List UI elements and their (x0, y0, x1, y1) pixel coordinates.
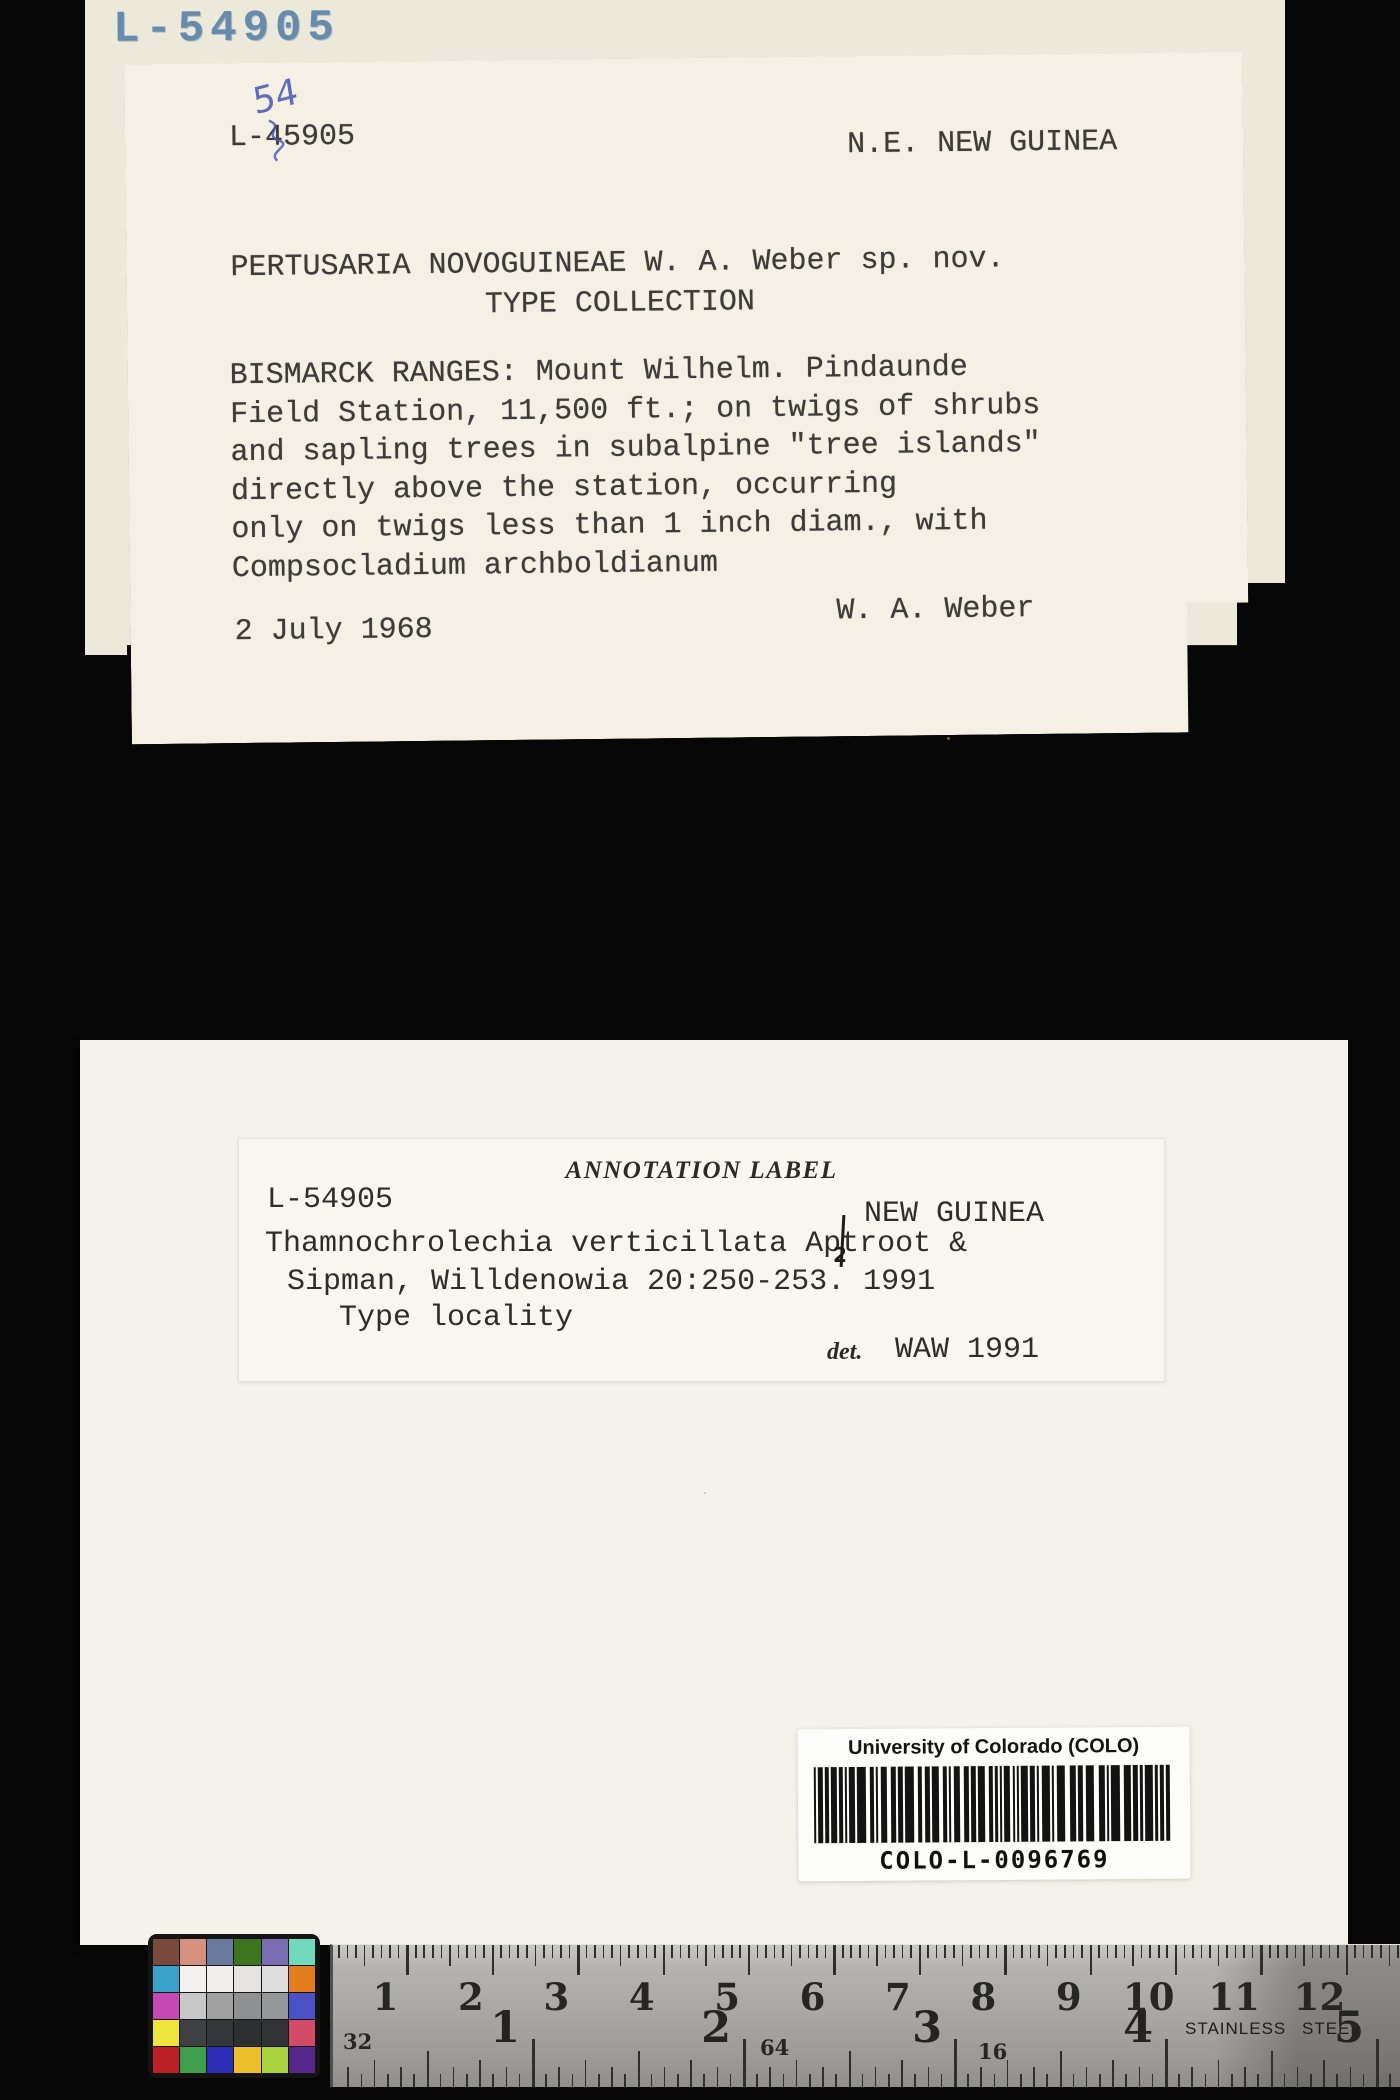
annotation-label-header: ANNOTATION LABEL (239, 1157, 1164, 1185)
ruler-tick (722, 1945, 724, 1958)
ruler-tick (1303, 1945, 1305, 1966)
ruler-tick (637, 1945, 639, 1958)
ruler-tick (730, 2074, 732, 2087)
color-swatch (289, 1966, 315, 1992)
color-swatch (289, 2047, 315, 2073)
color-swatch (289, 2020, 315, 2046)
ruler-tick (432, 1945, 434, 1958)
ruler-tick (994, 2074, 996, 2087)
color-swatch (180, 1993, 206, 2019)
ruler-tick (1323, 2060, 1325, 2087)
collection-label-card: L-45905 54 N.E. NEW GUINEA PERTUSARIA NO… (124, 52, 1250, 745)
ruler-tick (1166, 1945, 1168, 1958)
ruler-tick (1310, 2074, 1312, 2087)
det-label: det. (827, 1339, 862, 1366)
ruler-tick (347, 1945, 349, 1958)
color-swatch (262, 1939, 288, 1965)
ruler-tick (1295, 1945, 1297, 1958)
ruler-tick (1389, 2074, 1391, 2087)
ruler-tick (1004, 1945, 1006, 1975)
ruler-number: 64 (760, 2035, 789, 2060)
ruler-tick (1081, 1945, 1083, 1958)
ruler-tick (979, 1945, 981, 1958)
ruler-tick (1371, 1945, 1373, 1958)
handwritten-correction: 54 (250, 71, 301, 123)
ruler-tick (1244, 2067, 1246, 2087)
ruler-tick (1158, 1945, 1160, 1958)
ruler-tick (1209, 1945, 1211, 1958)
ruler-tick (842, 1945, 844, 1958)
color-calibration-chart (148, 1934, 320, 2078)
ruler-tick (1055, 1945, 1057, 1958)
pen-scribble (261, 118, 296, 164)
ruler-tick (338, 1945, 340, 1958)
ruler-tick (796, 2060, 798, 2087)
ruler-tick (552, 1945, 554, 1958)
ruler-tick (703, 2074, 705, 2087)
ruler-tick (577, 1945, 579, 1975)
ruler-tick (1073, 1945, 1075, 1958)
ruler-tick (914, 2074, 916, 2087)
color-swatch (262, 1966, 288, 1992)
color-swatch (234, 1939, 260, 1965)
ruler-tick (1152, 2074, 1154, 2087)
ruler-tick (1165, 2039, 1168, 2087)
ruler-number: 6 (781, 1975, 825, 2019)
ruler-tick (347, 2067, 349, 2087)
ruler-number: 11 (1208, 1975, 1252, 2019)
ruler-tick (885, 1945, 887, 1958)
ruler-tick (1336, 2074, 1338, 2087)
color-swatch (180, 2047, 206, 2073)
ruler-number: 3 (892, 2003, 942, 2053)
ruler-tick (910, 1945, 912, 1958)
ruler-tick (400, 2067, 402, 2087)
species-title: PERTUSARIA NOVOGUINEAE W. A. Weber sp. n… (230, 242, 1004, 285)
ruler-tick (1284, 2074, 1286, 2087)
ruler-tick (1205, 2074, 1207, 2087)
ruler-tick (1269, 1945, 1271, 1958)
ruler-tick (506, 2067, 508, 2087)
color-swatch (153, 2047, 179, 2073)
ruler-number: 32 (343, 2029, 372, 2054)
ruler-tick (532, 2039, 535, 2087)
ruler-tick (1329, 1945, 1331, 1958)
ruler-tick (1277, 1945, 1279, 1958)
ruler-tick (919, 1945, 921, 1975)
ruler-tick (680, 1945, 682, 1958)
ruler-tick (996, 1945, 998, 1958)
ruler-tick (1231, 2074, 1233, 2087)
ruler-tick (628, 1945, 630, 1958)
ruler-tick (1073, 2074, 1075, 2087)
ruler-tick (1350, 2067, 1352, 2087)
color-swatch (289, 1939, 315, 1965)
ruler-tick (1184, 1945, 1186, 1958)
ruler-tick (427, 2051, 429, 2087)
ruler-tick (697, 1945, 699, 1958)
type-collection-line: TYPE COLLECTION (485, 285, 755, 322)
barcode-gap (1170, 1765, 1173, 1841)
collector-name: W. A. Weber (836, 592, 1034, 628)
ruler-number: 5 (1314, 2003, 1364, 2053)
ruler-tick (526, 1945, 528, 1958)
color-swatch (153, 1993, 179, 2019)
color-swatch (180, 1966, 206, 1992)
ruler-tick (1124, 1945, 1126, 1958)
ruler-tick (936, 1945, 938, 1958)
ruler-tick (1235, 1945, 1237, 1958)
ruler-tick (1141, 1945, 1143, 1958)
ruler-tick (849, 2051, 851, 2087)
color-swatch (153, 1939, 179, 1965)
color-swatch (207, 1939, 233, 1965)
ruler-tick (355, 1945, 357, 1958)
color-swatch (262, 2047, 288, 2073)
ruler-tick (1252, 1945, 1254, 1958)
ruler-tick (519, 2074, 521, 2087)
annotation-region: NEW GUINEA (864, 1197, 1044, 1231)
ruler-tick (598, 2074, 600, 2087)
ruler-tick (1271, 2051, 1273, 2087)
ruler-tick (415, 1945, 417, 1958)
ruler-tick (731, 1945, 733, 1958)
ruler-tick (893, 1945, 895, 1958)
barcode (814, 1765, 1175, 1844)
ruler-tick (1060, 2051, 1062, 2087)
ruler-tick (517, 1945, 519, 1958)
ruler-tick (1038, 1945, 1040, 1958)
ink-mark-number: 2 (833, 1243, 847, 1267)
ruler-tick (423, 1945, 425, 1958)
ruler-tick (1397, 1945, 1399, 1958)
color-swatch (180, 2020, 206, 2046)
ruler-tick (1046, 2074, 1048, 2087)
ruler-tick (466, 2074, 468, 2087)
ruler-tick (876, 1945, 878, 1966)
color-swatch (289, 1993, 315, 2019)
ruler-tick (901, 2060, 903, 2087)
ruler-tick (944, 1945, 946, 1958)
ruler-tick (671, 1945, 673, 1958)
ruler-tick (714, 1945, 716, 1958)
ruler-tick (1115, 1945, 1117, 1958)
ruler-tick (774, 1945, 776, 1958)
ruler-tick (620, 1945, 622, 1966)
ruler-tick (449, 1945, 451, 1966)
ruler-tick (1363, 2074, 1365, 2087)
ruler-tick (509, 1945, 511, 1958)
ruler-tick (611, 2067, 613, 2087)
ruler-tick (543, 1945, 545, 1958)
ruler-tick (1125, 2074, 1127, 2087)
ruler-tick (1112, 2060, 1114, 2087)
ruler-tick (756, 2074, 758, 2087)
ruler-tick (825, 1945, 827, 1958)
ruler-tick (1320, 1945, 1322, 1958)
ruler-tick (603, 1945, 605, 1958)
ruler-tick (1033, 2067, 1035, 2087)
ruler-tick (757, 1945, 759, 1958)
ruler-tick (782, 1945, 784, 1958)
ruler-tick (941, 2074, 943, 2087)
barcode-number: COLO-L-0096769 (798, 1845, 1190, 1876)
ruler-tick (1149, 1945, 1151, 1958)
ruler-tick (809, 2074, 811, 2087)
locality-text: BISMARCK RANGES: Mount Wilhelm. Pindaund… (230, 350, 1043, 590)
ruler-tick (1257, 2074, 1259, 2087)
color-swatch (234, 2047, 260, 2073)
ruler-tick (1363, 1945, 1365, 1958)
ruler-tick (765, 1945, 767, 1958)
ruler-tick (791, 1945, 793, 1966)
ruler-number: 9 (1038, 1975, 1082, 2019)
color-swatch (180, 1939, 206, 1965)
ruler-tick (1192, 1945, 1194, 1958)
color-swatch (207, 1993, 233, 2019)
region-header: N.E. NEW GUINEA (847, 125, 1117, 162)
ruler-tick (833, 1945, 835, 1975)
specimen-label-scan: L-54905 L-45905 54 N.E. NEW GUINEA PERTU… (0, 0, 1400, 2100)
ruler-tick (1132, 1945, 1134, 1966)
ruler-tick (1090, 1945, 1092, 1975)
ruler-tick (398, 1945, 400, 1958)
ruler-tick (1139, 2067, 1141, 2087)
ruler-tick (739, 1945, 741, 1958)
ruler-tick (1376, 2039, 1379, 2087)
ruler-tick (638, 2051, 640, 2087)
ruler-tick (717, 2067, 719, 2087)
ruler-tick (1312, 1945, 1314, 1958)
ruler-tick (677, 2074, 679, 2087)
ruler-tick (1064, 1945, 1066, 1958)
ruler-tick (1175, 1945, 1177, 1975)
ruler-tick (453, 2067, 455, 2087)
ruler-tick (927, 1945, 929, 1958)
ruler-number: 1 (470, 2003, 520, 2053)
ruler-tick (663, 1945, 665, 1975)
ruler-tick (868, 1945, 870, 1958)
ruler-tick (1086, 2067, 1088, 2087)
color-swatch (234, 1966, 260, 1992)
ruler-tick (888, 2074, 890, 2087)
ruler-tick (954, 2039, 957, 2087)
ruler-tick (389, 1945, 391, 1958)
ruler-tick (1047, 1945, 1049, 1966)
ruler-tick (492, 2074, 494, 2087)
color-swatch (153, 2020, 179, 2046)
ruler-tick (1007, 2060, 1009, 2087)
ruler-number: 8 (952, 1975, 996, 2019)
ruler-tick (664, 2067, 666, 2087)
type-locality-note: Type locality (339, 1301, 573, 1335)
ruler-number: 4 (1103, 2003, 1153, 2053)
ruler-tick (624, 2074, 626, 2087)
ruler-tick (374, 2060, 376, 2087)
ruler-tick (928, 2067, 930, 2087)
ruler-tick (364, 1945, 366, 1966)
ruler-tick (1297, 2067, 1299, 2087)
dust-speck (947, 737, 950, 740)
ruler-tick (441, 1945, 443, 1958)
ruler-number: 16 (978, 2039, 1007, 2064)
annotation-label-strip: ANNOTATION LABEL L-54905 NEW GUINEA Tham… (238, 1138, 1165, 1382)
ruler-number: 3 (525, 1975, 569, 2019)
ruler-tick (646, 1945, 648, 1958)
ruler-tick (705, 1945, 707, 1966)
ruler-tick (475, 1945, 477, 1958)
ruler-tick (769, 2067, 771, 2087)
ruler-tick (483, 1945, 485, 1958)
ruler-tick (479, 2060, 481, 2087)
ruler-tick (690, 2060, 692, 2087)
annotation-catalog-number: L-54905 (267, 1183, 393, 1217)
ruler-tick (822, 2067, 824, 2087)
ruler-tick (688, 1945, 690, 1958)
ruler-tick (569, 1945, 571, 1958)
institution-name: University of Colorado (COLO) (798, 1735, 1190, 1761)
ruler-tick (492, 1945, 494, 1975)
ruler-tick (748, 1945, 750, 1975)
annotation-card: ANNOTATION LABEL L-54905 NEW GUINEA Tham… (80, 1040, 1348, 1945)
ruler-tick (835, 2074, 837, 2087)
ruler-tick (1260, 1945, 1262, 1975)
ruler-tick (1030, 1945, 1032, 1958)
ruler-tick (875, 2067, 877, 2087)
ruler-tick (381, 1945, 383, 1958)
ruler-tick (970, 1945, 972, 1958)
ruler-tick (651, 2074, 653, 2087)
ruler-tick (980, 2067, 982, 2087)
ruler: STAINLESS STEEL 123456789101112123453264… (330, 1944, 1400, 2087)
ruler-tick (440, 2074, 442, 2087)
ruler-tick (902, 1945, 904, 1958)
barcode-label: University of Colorado (COLO) COLO-L-009… (797, 1727, 1190, 1882)
ruler-tick (654, 1945, 656, 1958)
ruler-tick (586, 1945, 588, 1958)
ruler-tick (387, 2074, 389, 2087)
color-swatch (207, 2020, 233, 2046)
ruler-tick (962, 1945, 964, 1966)
ruler-number: 2 (681, 2003, 731, 2053)
collection-date: 2 July 1968 (234, 613, 432, 649)
ruler-tick (611, 1945, 613, 1958)
ruler-tick (1354, 1945, 1356, 1958)
determination-line-1: Thamnochrolechia verticillata Aptroot & (265, 1227, 967, 1261)
ruler-tick (585, 2060, 587, 2087)
ruler-tick (1021, 1945, 1023, 1958)
ruler-tick (1191, 2067, 1193, 2087)
ruler-tick (1337, 1945, 1339, 1958)
ruler-tick (1243, 1945, 1245, 1958)
ruler-tick (1218, 1945, 1220, 1966)
color-swatch (153, 1966, 179, 1992)
ruler-tick (1380, 1945, 1382, 1958)
ruler-tick (859, 1945, 861, 1958)
ruler-tick (361, 2074, 363, 2087)
ruler-tick (1218, 2060, 1220, 2087)
ruler-tick (808, 1945, 810, 1958)
color-swatch (262, 1993, 288, 2019)
stamped-catalog-number: L-54905 (113, 3, 340, 55)
color-swatch (262, 2020, 288, 2046)
ruler-tick (987, 1945, 989, 1958)
ruler-tick (850, 1945, 852, 1958)
ruler-tick (783, 2074, 785, 2087)
ruler-tick (1013, 1945, 1015, 1958)
ruler-tick (406, 1945, 408, 1975)
ruler-tick (413, 2074, 415, 2087)
ruler-tick (558, 2067, 560, 2087)
ruler-tick (458, 1945, 460, 1958)
ruler-tick (560, 1945, 562, 1958)
ruler-number: 4 (611, 1975, 655, 2019)
color-swatch (234, 2020, 260, 2046)
ruler-tick (372, 1945, 374, 1958)
ruler-tick (466, 1945, 468, 1958)
ruler-tick (500, 1945, 502, 1958)
color-swatch (234, 1993, 260, 2019)
ruler-tick (545, 2074, 547, 2087)
ruler-number: 1 (354, 1975, 398, 2019)
ruler-tick (1201, 1945, 1203, 1958)
dust-speck (704, 1492, 706, 1494)
determination-line-2: Sipman, Willdenowia 20:250-253. 1991 (287, 1265, 935, 1299)
ruler-tick (572, 2074, 574, 2087)
ruler-tick (799, 1945, 801, 1958)
ruler-tick (1107, 1945, 1109, 1958)
ruler-tick (953, 1945, 955, 1958)
ruler-tick (594, 1945, 596, 1958)
ruler-tick (816, 1945, 818, 1958)
ruler-tick (862, 2074, 864, 2087)
ruler-tick (1286, 1945, 1288, 1958)
ruler-tick (1020, 2074, 1022, 2087)
ruler-tick (1389, 1945, 1391, 1966)
ruler-tick (743, 2039, 746, 2087)
locality-line: Compsocladium archboldianum (232, 542, 1043, 590)
ruler-tick (1098, 1945, 1100, 1958)
ruler-tick (1226, 1945, 1228, 1958)
color-swatch (207, 1966, 233, 1992)
ruler-tick (535, 1945, 537, 1966)
ruler-tick (1099, 2074, 1101, 2087)
determiner-value: WAW 1991 (895, 1333, 1039, 1367)
color-swatch (207, 2047, 233, 2073)
ruler-tick (1346, 1945, 1348, 1975)
ruler-tick (1178, 2074, 1180, 2087)
ruler-tick (967, 2074, 969, 2087)
